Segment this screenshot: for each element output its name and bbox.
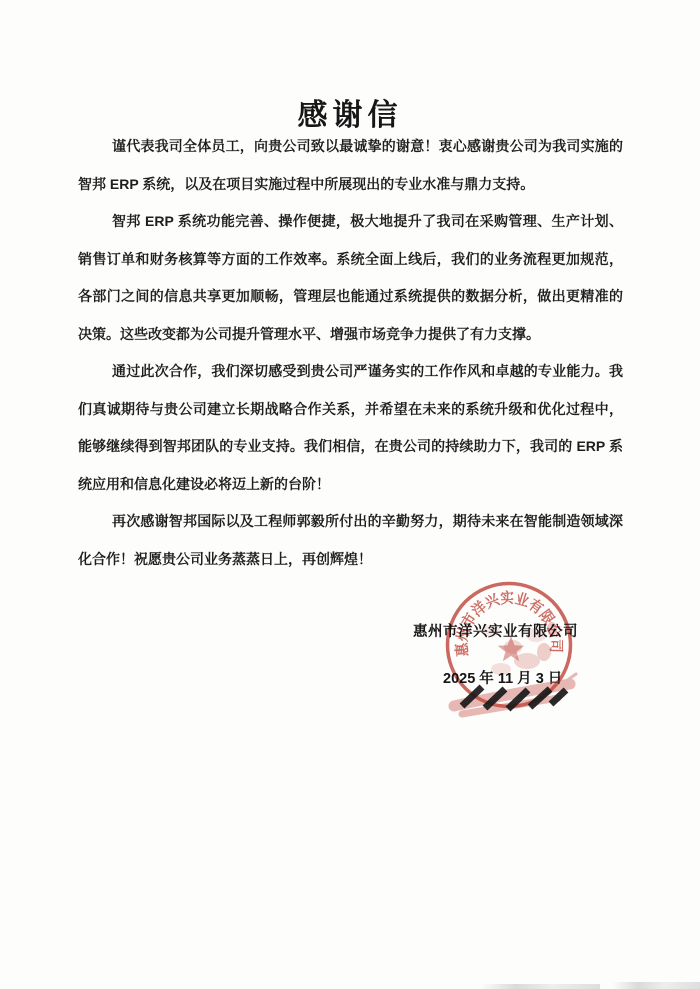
company-seal-stamp: 惠州市洋兴实业有限公司 [441, 577, 577, 713]
scribble-black-strokes [462, 687, 566, 709]
paragraph-3: 通过此次合作，我们深切感受到贵公司严谨务实的工作作风和卓越的专业能力。我们真诚期… [78, 353, 623, 503]
scan-artifact [612, 982, 700, 989]
scan-artifact [480, 984, 600, 989]
letter-page: 感谢信 谨代表我司全体员工，向贵公司致以最诚挚的谢意！衷心感谢贵公司为我司实施的… [0, 0, 700, 989]
letter-body: 谨代表我司全体员工，向贵公司致以最诚挚的谢意！衷心感谢贵公司为我司实施的智邦 E… [78, 128, 623, 578]
signature-company-name: 惠州市洋兴实业有限公司 [413, 620, 578, 641]
paragraph-2: 智邦 ERP 系统功能完善、操作便捷，极大地提升了我司在采购管理、生产计划、销售… [78, 203, 623, 353]
paragraph-1: 谨代表我司全体员工，向贵公司致以最诚挚的谢意！衷心感谢贵公司为我司实施的智邦 E… [78, 128, 623, 203]
paragraph-4: 再次感谢智邦国际以及工程师郭毅所付出的辛勤努力，期待未来在智能制造领域深化合作！… [78, 503, 623, 578]
seal-outer-ring [448, 584, 571, 707]
signature-date: 2025 年 11 月 3 日 [443, 667, 562, 688]
